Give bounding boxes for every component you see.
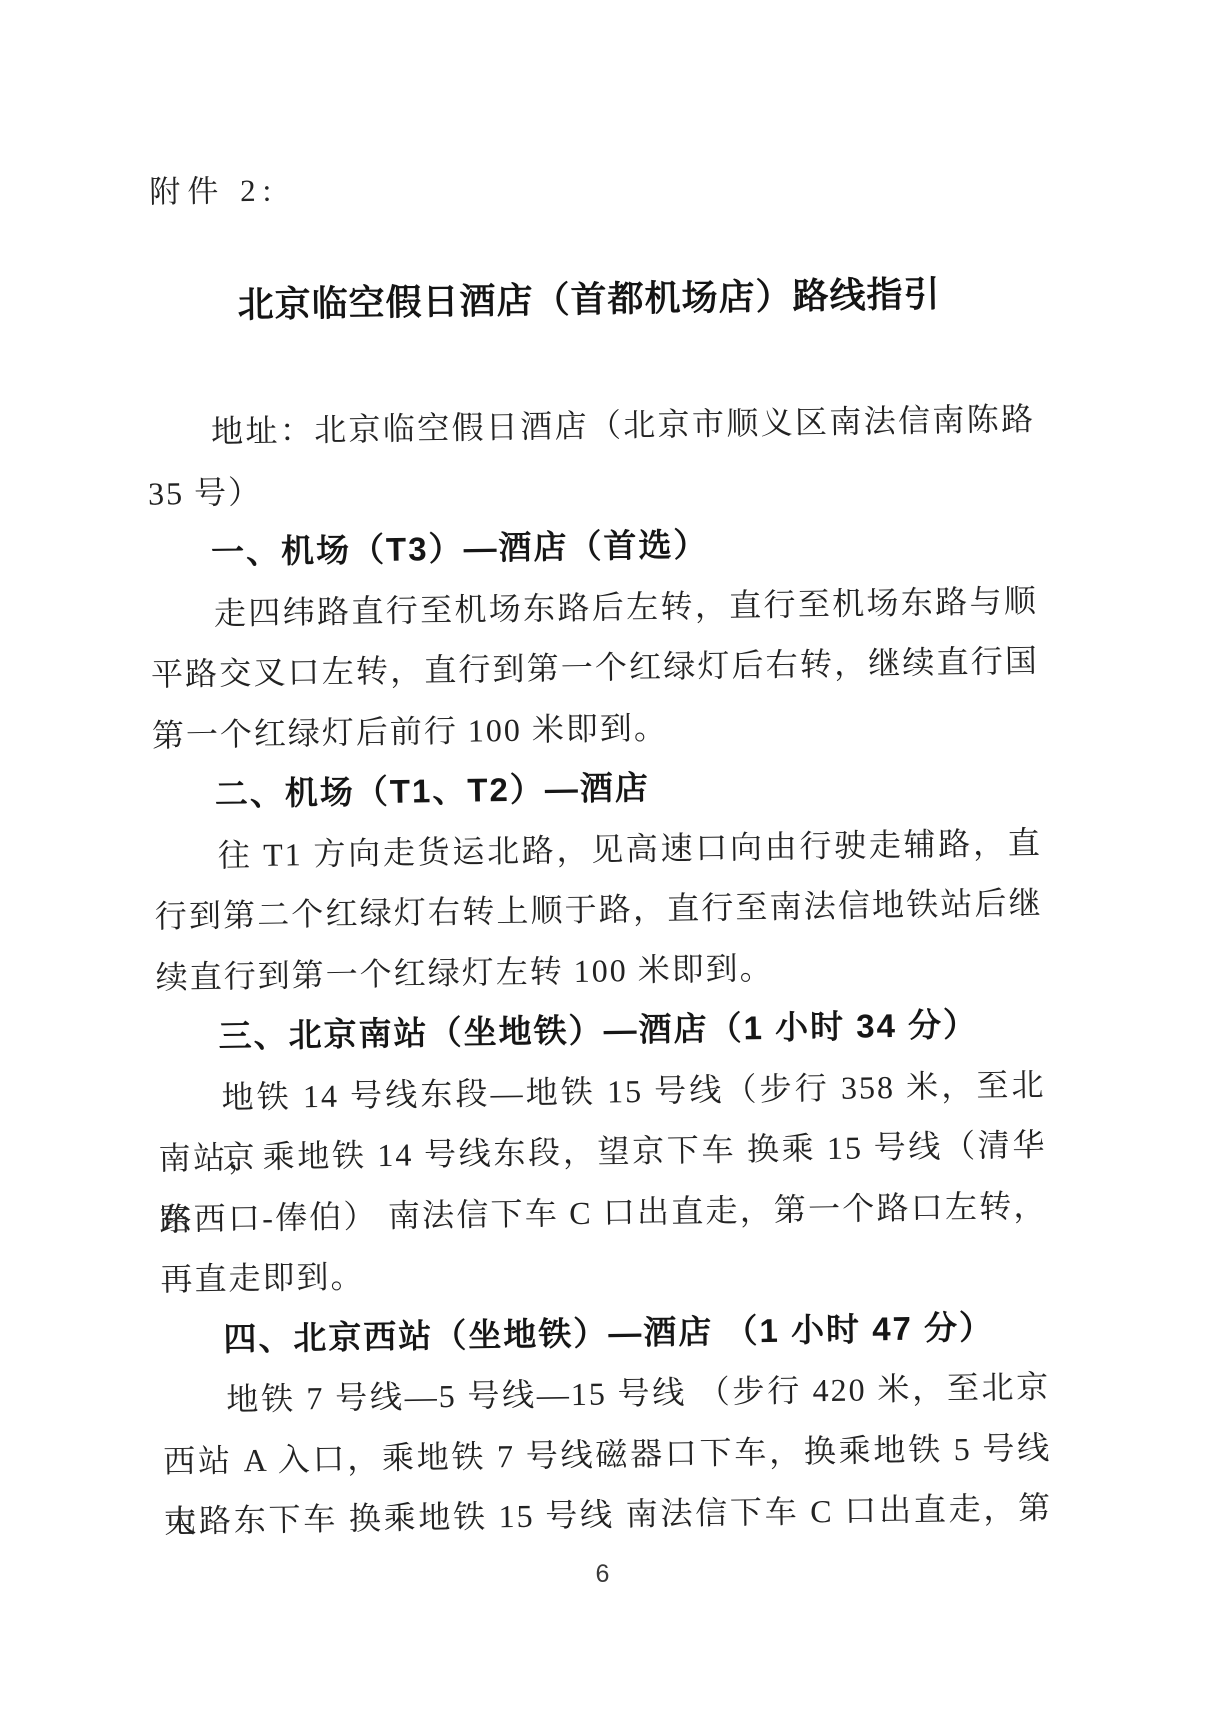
attachment-label: 附件 2: — [149, 165, 279, 212]
document-page: 附件 2: 北京临空假日酒店（首都机场店）路线指引 地址：北京临空假日酒店（北京… — [0, 0, 1205, 1718]
section-4-line-3: 屯路东下车 换乘地铁 15 号线 南法信下车 C 口出直走，第 — [164, 1478, 1053, 1552]
document-title: 北京临空假日酒店（首都机场店）路线指引 — [145, 265, 1034, 330]
document-body: 地址：北京临空假日酒店（北京市顺义区南法信南陈路 35 号） 一、机场（T3）—… — [147, 389, 1053, 1552]
page-number: 6 — [0, 1560, 1205, 1589]
scanned-sheet: 附件 2: 北京临空假日酒店（首都机场店）路线指引 地址：北京临空假日酒店（北京… — [143, 147, 1054, 1621]
